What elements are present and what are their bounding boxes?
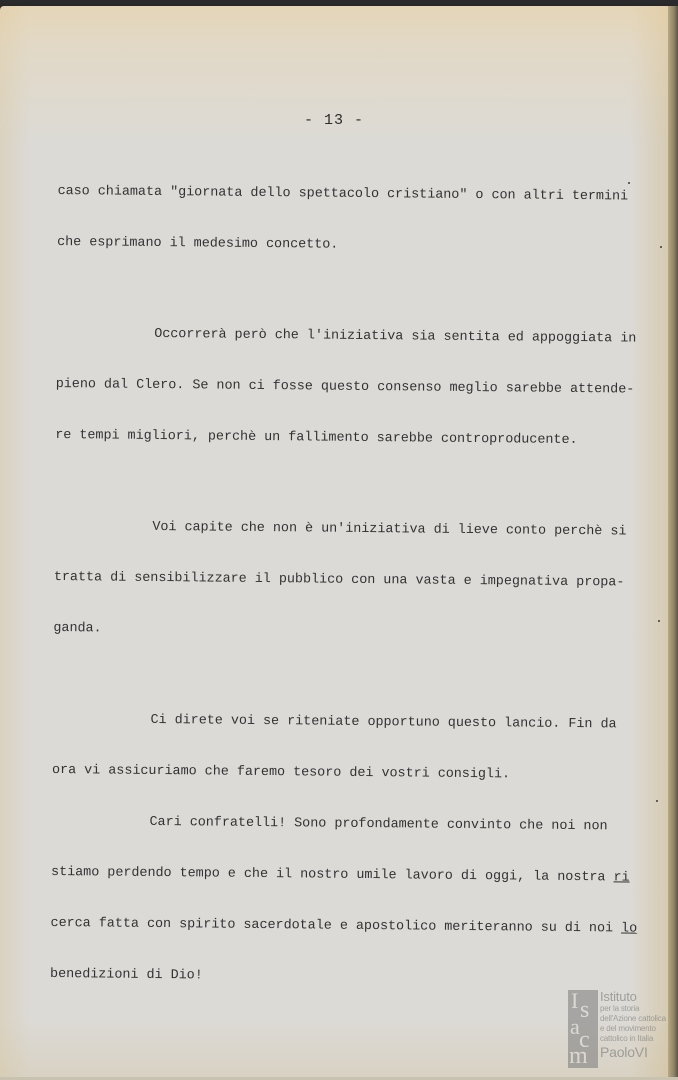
paragraph-first-line: Cari confratelli! Sono profondamente con… (51, 813, 651, 836)
text-line: pieno dal Clero. Se non ci fosse questo … (56, 376, 656, 399)
text-line: stiamo perdendo tempo e che il nostro um… (51, 864, 651, 887)
logo-mark: I s a c m (568, 990, 598, 1068)
paper-speck (628, 182, 630, 184)
text-line: tratta di sensibilizzare il pubblico con… (54, 569, 654, 592)
text-line: ganda. (53, 620, 653, 643)
text-line: benedizioni di Dio! (50, 966, 650, 989)
underlined-fragment: ri (613, 870, 629, 885)
text-line: re tempi migliori, perchè un fallimento … (55, 427, 655, 450)
logo-text: Istituto per la storia dell'Azione catto… (600, 990, 666, 1059)
typewritten-body: caso chiamata "giornata dello spettacolo… (50, 149, 658, 1023)
text-line: ora vi assicuriamo che faremo tesoro dei… (52, 762, 652, 785)
archive-watermark-logo: I s a c m Istituto per la storia dell'Az… (568, 990, 676, 1068)
document-page: - 13 - caso chiamata "giornata dello spe… (0, 6, 668, 1078)
underlined-fragment: lo (621, 921, 637, 936)
paragraph-first-line: Occorrerà però che l'iniziativa sia sent… (56, 325, 656, 348)
paragraph-first-line: Ci direte voi se riteniate opportuno que… (52, 711, 652, 734)
text-line: cerca fatta con spirito sacerdotale e ap… (50, 915, 650, 938)
text-line: caso chiamata "giornata dello spettacolo… (58, 183, 658, 206)
paragraph-first-line: Voi capite che non è un'iniziativa di li… (54, 518, 654, 541)
page-number: - 13 - (0, 112, 668, 129)
paper-speck (660, 246, 662, 248)
paper-speck (658, 620, 660, 622)
page-edge (668, 6, 678, 1080)
text-line: che esprimano il medesimo concetto. (57, 234, 657, 257)
paper-speck (656, 800, 658, 802)
